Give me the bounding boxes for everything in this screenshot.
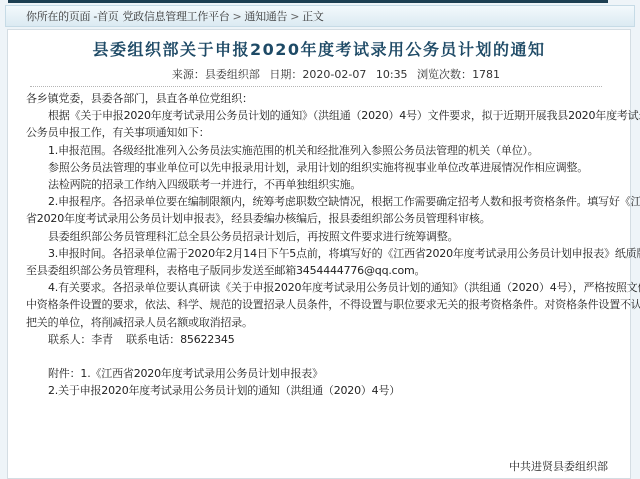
body-line: 省2020年度考试录用公务员计划申报表》，经县委编办核编后，报县委组织部公务员管… bbox=[26, 210, 606, 227]
attachment-line: 附件：1.《江西省2020年度考试录用公务员计划申报表》 bbox=[26, 365, 606, 382]
article-panel: 县委组织部关于申报2020年度考试录用公务员计划的通知 来源：县委组织部 日期：… bbox=[7, 29, 631, 473]
body-line: 把关的单位，将削减招录人员名额或取消招录。 bbox=[26, 314, 606, 331]
body-line: 参照公务员法管理的事业单位可以先申报录用计划，录用计划的组织实施将视事业单位改革… bbox=[26, 159, 606, 176]
breadcrumb-separator: > bbox=[232, 10, 241, 23]
contact-line: 联系人：李青 联系电话：85622345 bbox=[26, 331, 606, 348]
attachment-link[interactable]: 1.《江西省2020年度考试录用公务员计划申报表》 bbox=[80, 367, 323, 380]
breadcrumb-notices-link[interactable]: 通知通告 bbox=[244, 8, 287, 24]
article-body: 各乡镇党委，县委各部门，县直各单位党组织： 根据《关于申报2020年度考试录用公… bbox=[26, 90, 606, 399]
body-line: 公务员申报工作，有关事项通知如下： bbox=[26, 124, 606, 141]
breadcrumb-home-link[interactable]: 首页 bbox=[97, 8, 118, 24]
body-line: 根据《关于申报2020年度考试录用公务员计划的通知》（洪组通（2020）4号）文… bbox=[26, 107, 606, 124]
body-line: 法检两院的招录工作纳入四级联考一并进行，不再单独组织实施。 bbox=[26, 176, 606, 193]
contact-phone-label: 联系电话： bbox=[126, 333, 180, 346]
body-line: 3.申报时间。各招录单位需于2020年2月14日下午5点前，将填写好的《江西省2… bbox=[26, 245, 606, 262]
article-meta: 来源：县委组织部 日期：2020-02-07 10:35 浏览次数：1781 bbox=[8, 66, 630, 82]
time-value: 10:35 bbox=[376, 68, 408, 81]
breadcrumb-prefix: 你所在的页面 - bbox=[26, 8, 97, 24]
body-line: 1.申报范围。各级经批准列入公务员法实施范围的机关和经批准列入参照公务员法管理的… bbox=[26, 142, 606, 159]
breadcrumb-separator: > bbox=[290, 10, 299, 23]
date-field: 日期：2020-02-07 bbox=[269, 68, 366, 81]
views-count: 1781 bbox=[472, 68, 500, 81]
views-label: 浏览次数： bbox=[417, 68, 472, 81]
contact-phone: 85622345 bbox=[180, 333, 234, 346]
salutation: 各乡镇党委，县委各部门，县直各单位党组织： bbox=[26, 90, 606, 107]
source-field: 来源：县委组织部 bbox=[172, 68, 260, 81]
signature: 中共进贤县委组织部 bbox=[509, 458, 608, 473]
body-line: 至县委组织部公务员管理科，表格电子版同步发送至邮箱3454444776@qq.c… bbox=[26, 262, 606, 279]
breadcrumb-platform-link[interactable]: 党政信息管理工作平台 bbox=[122, 8, 229, 24]
breadcrumb: 你所在的页面 - 首页 党政信息管理工作平台 > 通知通告 > 正文 bbox=[5, 5, 635, 27]
views-field: 浏览次数：1781 bbox=[417, 68, 500, 81]
contact-person: 李青 bbox=[91, 333, 113, 346]
date-label: 日期： bbox=[269, 68, 302, 81]
top-header-bar bbox=[8, 0, 608, 3]
spacer bbox=[26, 348, 606, 365]
body-line: 县委组织部公务员管理科汇总全县公务员招录计划后，再按照文件要求进行统筹调整。 bbox=[26, 228, 606, 245]
article-title: 县委组织部关于申报2020年度考试录用公务员计划的通知 bbox=[8, 37, 630, 60]
body-line: 4.有关要求。各招录单位要认真研读《关于申报2020年度考试录用公务员计划的通知… bbox=[26, 279, 606, 296]
body-line: 2.申报程序。各招录单位要在编制限额内，统筹考虑职数空缺情况，根据工作需要确定招… bbox=[26, 193, 606, 210]
source-value: 县委组织部 bbox=[205, 68, 260, 81]
attachments-label: 附件： bbox=[48, 367, 80, 380]
meta-divider bbox=[30, 86, 602, 87]
body-line: 中资格条件设置的要求，依法、科学、规范的设置招录人员条件，不得设置与职位要求无关… bbox=[26, 296, 606, 313]
breadcrumb-current: 正文 bbox=[302, 8, 323, 24]
contact-person-label: 联系人： bbox=[48, 333, 91, 346]
attachment-link[interactable]: 2.关于申报2020年度考试录用公务员计划的通知（洪组通（2020）4号） bbox=[26, 382, 606, 399]
date-value: 2020-02-07 bbox=[302, 68, 366, 81]
source-label: 来源： bbox=[172, 68, 205, 81]
